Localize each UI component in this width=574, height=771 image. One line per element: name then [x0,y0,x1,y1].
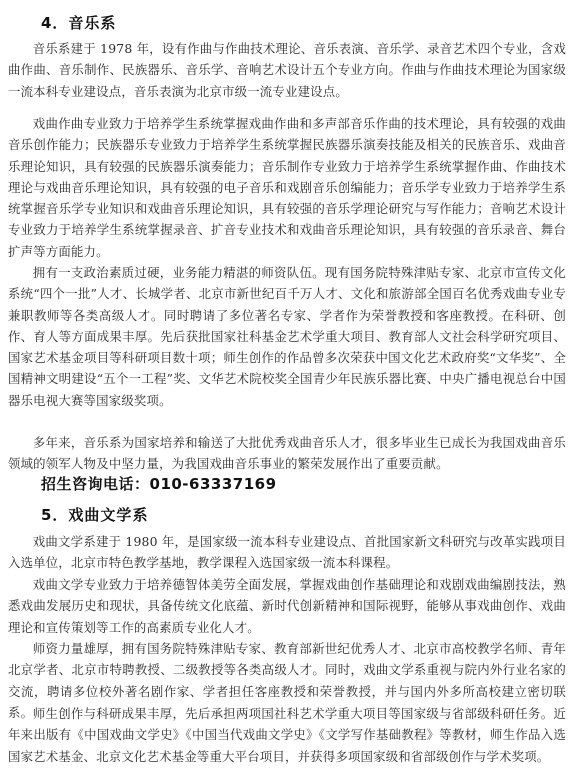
paragraph-literature-intro: 戏曲文学系建于 1980 年，是国家级一流本科专业建设点、首批国家新文科研究与改… [8,531,566,574]
admissions-phone: 招生咨询电话：010-63337169 [41,473,277,494]
paragraph-literature-research: 师生创作与科研成果丰厚，先后承担两项国社科艺术学重大项目等国家级与省部级科研任务… [8,703,566,767]
paragraph-music-majors: 戏曲作曲专业致力于培养学生系统掌握戏曲作曲和多声部音乐作曲的技术理论，具有较强的… [8,113,566,262]
paragraph-music-intro: 音乐系建于 1978 年，设有作曲与作曲技术理论、音乐表演、音乐学、录音艺术四个… [8,38,566,102]
paragraph-music-faculty: 拥有一支政治素质过硬，业务能力精湛的师资队伍。现有国务院特殊津贴专家、北京市宣传… [8,262,566,411]
section-heading-drama-literature: 5．戏曲文学系 [41,504,148,525]
section-heading-music: 4．音乐系 [41,12,116,33]
paragraph-literature-major: 戏曲文学专业致力于培养德智体美劳全面发展，掌握戏曲创作基础理论和戏剧戏曲编剧技法… [8,574,566,638]
paragraph-music-achievements: 多年来，音乐系为国家培养和输送了大批优秀戏曲音乐人才，很多毕业生已成长为我国戏曲… [8,432,566,475]
